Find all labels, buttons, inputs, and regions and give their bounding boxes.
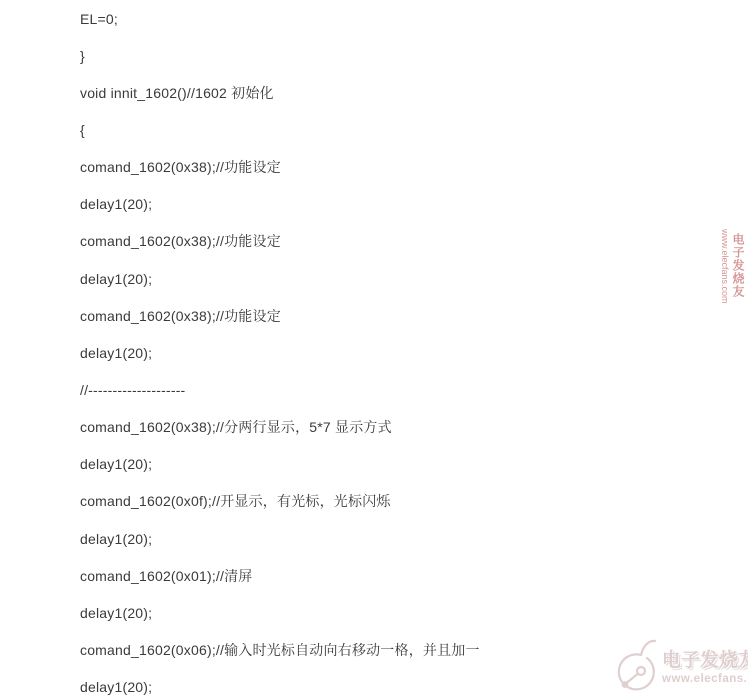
- code-line: }: [80, 37, 728, 74]
- code-line: comand_1602(0x38);//功能设定: [80, 297, 728, 334]
- watermark-brand-text: 电子发烧友: [730, 233, 747, 298]
- code-line: comand_1602(0x0f);//开显示，有光标，光标闪烁: [80, 483, 728, 520]
- code-line: comand_1602(0x01);//清屏: [80, 557, 728, 594]
- code-line: delay1(20);: [80, 520, 728, 557]
- code-line: delay1(20);: [80, 334, 728, 371]
- watermark-logo-text-column: 电子发烧友 www.elecfans.com: [662, 650, 748, 687]
- code-line: void innit_1602()//1602 初始化: [80, 74, 728, 111]
- watermark-url-text: www.elecfans.com: [720, 229, 730, 304]
- code-line: comand_1602(0x38);//功能设定: [80, 223, 728, 260]
- code-line: delay1(20);: [80, 186, 728, 223]
- code-line: delay1(20);: [80, 260, 728, 297]
- code-line: comand_1602(0x38);//功能设定: [80, 149, 728, 186]
- code-line: {: [80, 111, 728, 148]
- code-line: //--------------------: [80, 371, 728, 408]
- code-block: EL=0;}void innit_1602()//1602 初始化{comand…: [80, 0, 728, 700]
- watermark-logo-brand-text: 电子发烧友: [662, 650, 748, 672]
- watermark-logo: 电子发烧友 www.elecfans.com: [614, 638, 746, 698]
- code-line: delay1(20);: [80, 446, 728, 483]
- page-background: { "colors":{ "code-text":"#3a3a3a", "wm-…: [0, 0, 748, 700]
- code-line: EL=0;: [80, 0, 728, 37]
- watermark-logo-url-text: www.elecfans.com: [662, 672, 748, 687]
- code-line: delay1(20);: [80, 594, 728, 631]
- code-line: comand_1602(0x38);//分两行显示，5*7 显示方式: [80, 409, 728, 446]
- elecfans-logo-icon: [614, 638, 660, 698]
- watermark-vertical: 电子发烧友 www.elecfans.com: [720, 190, 747, 340]
